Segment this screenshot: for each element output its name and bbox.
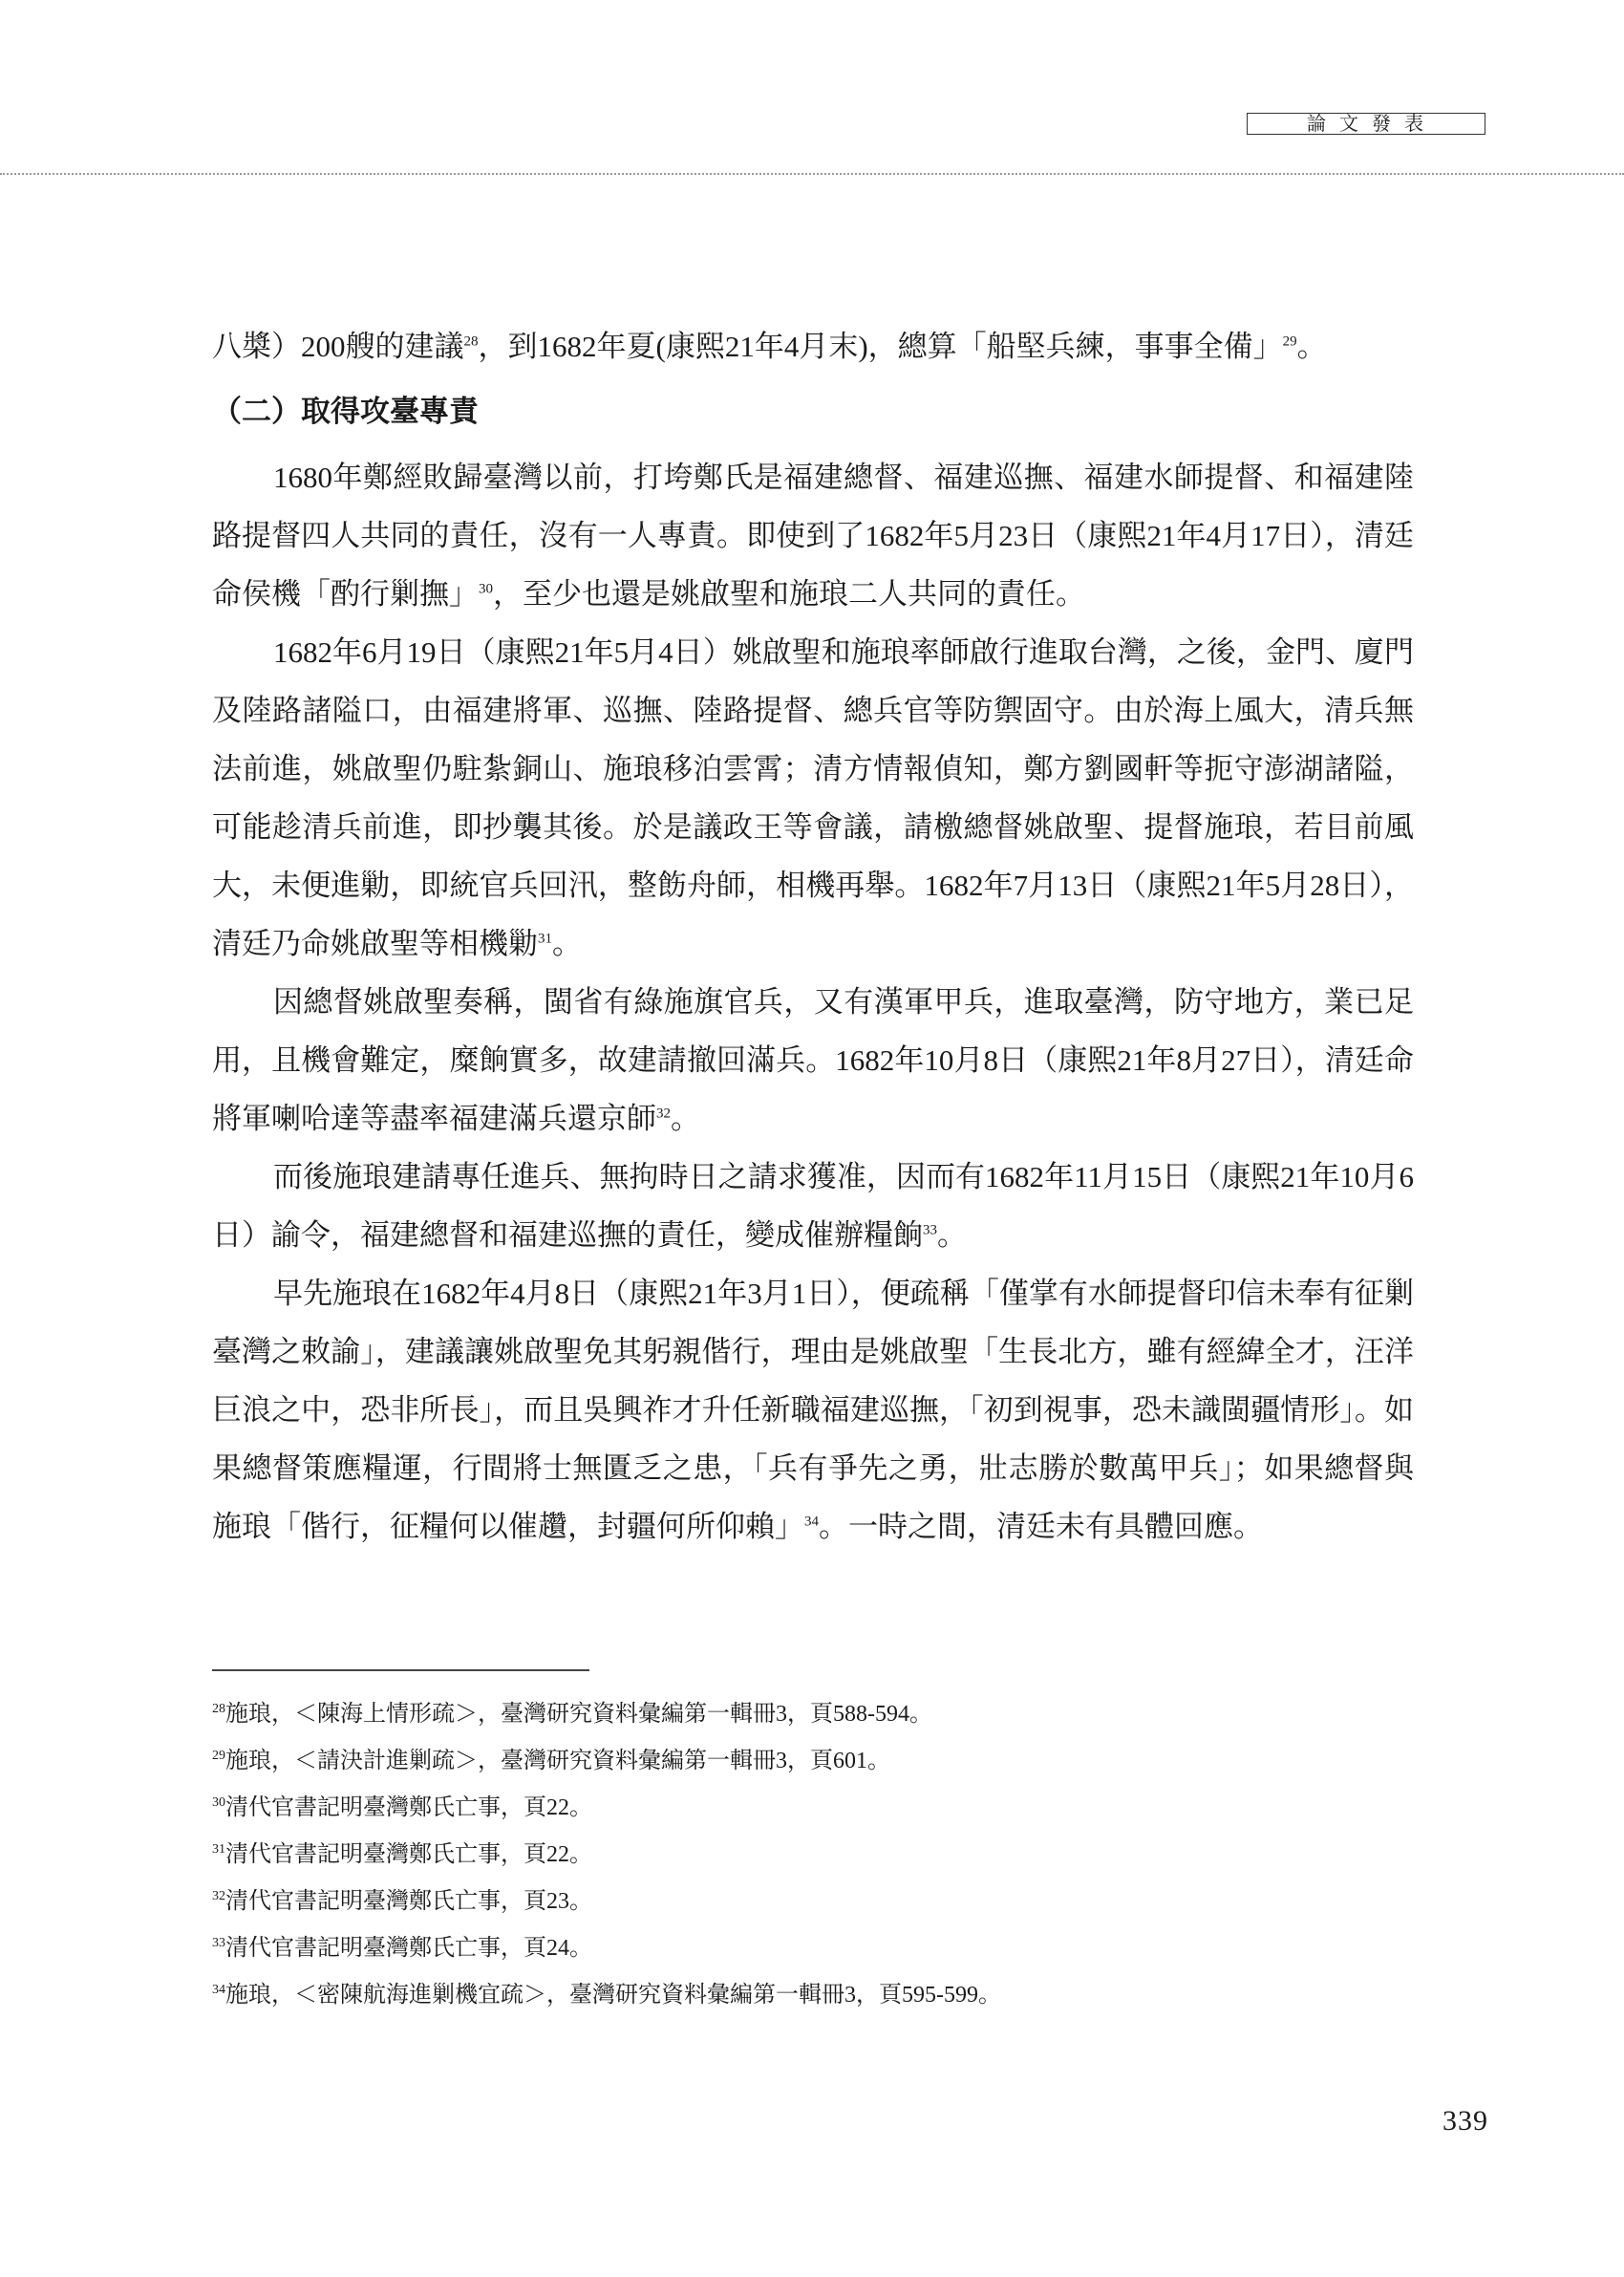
- footnote-number: 34: [212, 1983, 225, 1997]
- paragraph-text: 。一時之間，清廷未有具體回應。: [819, 1510, 1263, 1543]
- footnote-ref[interactable]: 28: [464, 334, 479, 350]
- paragraph-text: 因總督姚啟聖奏稱，閩省有綠施旗官兵，又有漢軍甲兵，進取臺灣，防守地方，業已足用，…: [212, 985, 1414, 1135]
- header-divider: [0, 173, 1624, 175]
- footnote-number: 28: [212, 1702, 225, 1716]
- footnote-text: 施琅，＜密陳航海進剿機宜疏＞，臺灣研究資料彙編第一輯冊3，頁595-599。: [225, 1983, 1001, 2008]
- footnote-divider: [212, 1669, 589, 1671]
- paragraph-text: ，到1682年夏(康熙21年4月末)，總算「船堅兵練，事事全備」: [479, 330, 1283, 363]
- paragraph-text: 。: [937, 1218, 967, 1252]
- footnotes: 28施琅，＜陳海上情形疏＞，臺灣研究資料彙編第一輯冊3，頁588-594。 29…: [212, 1691, 1406, 2019]
- footnote-text: 清代官書記明臺灣鄭氏亡事，頁23。: [225, 1889, 592, 1914]
- footnote-number: 32: [212, 1889, 225, 1903]
- footnote-text: 施琅，＜陳海上情形疏＞，臺灣研究資料彙編第一輯冊3，頁588-594。: [225, 1702, 932, 1727]
- paragraph: 而後施琅建請專任進兵、無拘時日之請求獲准，因而有1682年11月15日（康熙21…: [212, 1148, 1414, 1264]
- paragraph: 1682年6月19日（康熙21年5月4日）姚啟聖和施琅率師啟行進取台灣，之後，金…: [212, 623, 1414, 973]
- section-heading: （二）取得攻臺專責: [212, 383, 1414, 440]
- footnote-ref[interactable]: 32: [656, 1106, 671, 1122]
- paragraph-continuation: 八槳）200艘的建議28，到1682年夏(康熙21年4月末)，總算「船堅兵練，事…: [212, 317, 1414, 376]
- footnote-number: 33: [212, 1936, 225, 1950]
- paragraph-text: 。: [1297, 330, 1327, 363]
- footnote-28: 28施琅，＜陳海上情形疏＞，臺灣研究資料彙編第一輯冊3，頁588-594。: [212, 1691, 1406, 1738]
- footnote-number: 31: [212, 1842, 225, 1857]
- paragraph-text: 早先施琅在1682年4月8日（康熙21年3月1日），便疏稱「僅掌有水師提督印信未…: [212, 1277, 1414, 1543]
- footnote-text: 施琅，＜請決計進剿疏＞，臺灣研究資料彙編第一輯冊3，頁601。: [225, 1749, 890, 1773]
- footnote-33: 33清代官書記明臺灣鄭氏亡事，頁24。: [212, 1925, 1406, 1972]
- footnote-text: 清代官書記明臺灣鄭氏亡事，頁24。: [225, 1936, 592, 1961]
- paragraph: 因總督姚啟聖奏稱，閩省有綠施旗官兵，又有漢軍甲兵，進取臺灣，防守地方，業已足用，…: [212, 973, 1414, 1148]
- section-tag: 論文發表: [1247, 113, 1485, 135]
- page-number: 339: [1442, 2105, 1488, 2137]
- footnote-ref[interactable]: 30: [479, 582, 493, 597]
- footnote-29: 29施琅，＜請決計進剿疏＞，臺灣研究資料彙編第一輯冊3，頁601。: [212, 1738, 1406, 1785]
- paragraph-text: ，至少也還是姚啟聖和施琅二人共同的責任。: [493, 577, 1085, 611]
- footnote-ref[interactable]: 31: [538, 932, 552, 947]
- paragraph-text: 。: [552, 927, 582, 960]
- paragraph: 早先施琅在1682年4月8日（康熙21年3月1日），便疏稱「僅掌有水師提督印信未…: [212, 1264, 1414, 1556]
- footnote-ref[interactable]: 34: [804, 1514, 819, 1530]
- paragraph: 1680年鄭經敗歸臺灣以前，打垮鄭氏是福建總督、福建巡撫、福建水師提督、和福建陸…: [212, 448, 1414, 623]
- paragraph-text: 1682年6月19日（康熙21年5月4日）姚啟聖和施琅率師啟行進取台灣，之後，金…: [212, 635, 1414, 960]
- paragraph-text: 而後施琅建請專任進兵、無拘時日之請求獲准，因而有1682年11月15日（康熙21…: [212, 1160, 1414, 1252]
- paragraph-text: 八槳）200艘的建議: [212, 330, 464, 363]
- main-body: 八槳）200艘的建議28，到1682年夏(康熙21年4月末)，總算「船堅兵練，事…: [212, 317, 1414, 1556]
- footnote-text: 清代官書記明臺灣鄭氏亡事，頁22。: [225, 1842, 592, 1867]
- footnote-number: 30: [212, 1795, 225, 1810]
- footnote-text: 清代官書記明臺灣鄭氏亡事，頁22。: [225, 1795, 592, 1820]
- footnote-31: 31清代官書記明臺灣鄭氏亡事，頁22。: [212, 1832, 1406, 1879]
- footnote-34: 34施琅，＜密陳航海進剿機宜疏＞，臺灣研究資料彙編第一輯冊3，頁595-599。: [212, 1972, 1406, 2019]
- footnote-ref[interactable]: 33: [923, 1223, 937, 1238]
- footnote-30: 30清代官書記明臺灣鄭氏亡事，頁22。: [212, 1785, 1406, 1832]
- footnote-32: 32清代官書記明臺灣鄭氏亡事，頁23。: [212, 1879, 1406, 1925]
- footnote-ref[interactable]: 29: [1283, 334, 1297, 350]
- footnote-number: 29: [212, 1749, 225, 1763]
- paragraph-text: 。: [671, 1102, 700, 1135]
